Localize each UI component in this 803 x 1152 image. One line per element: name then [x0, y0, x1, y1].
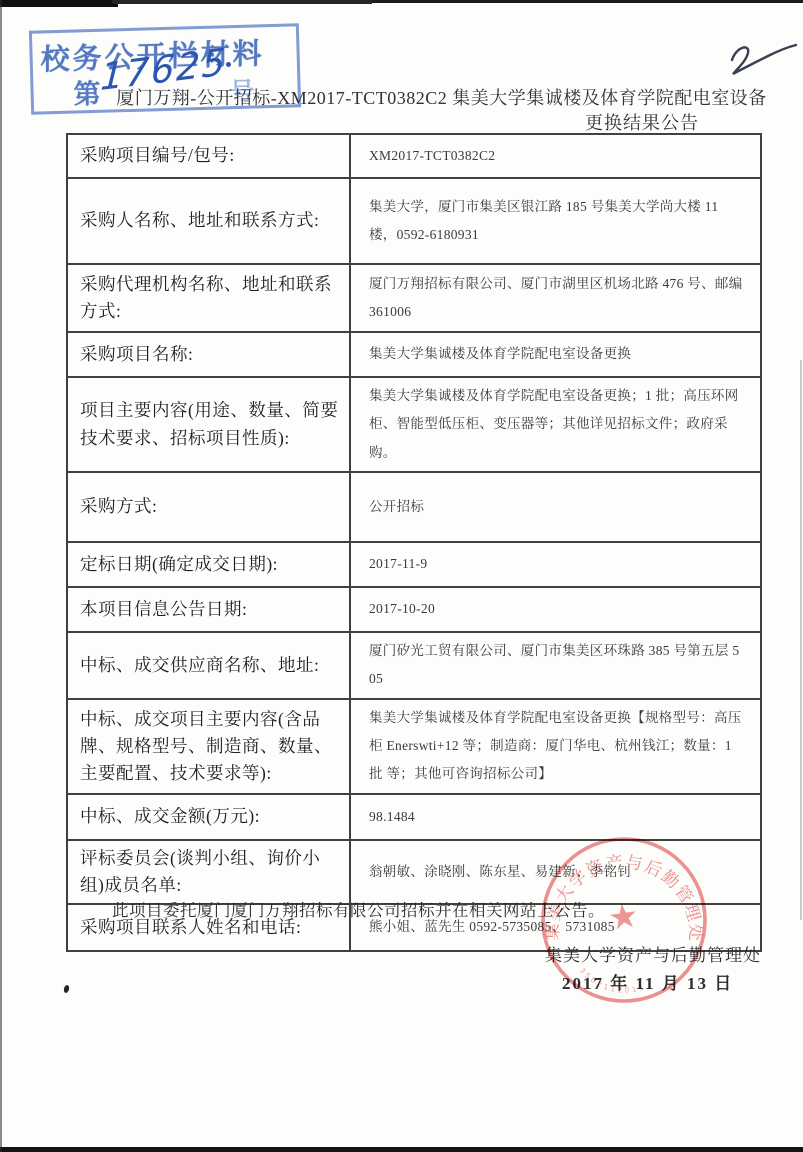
document-subtitle: 更换结果公告: [585, 109, 699, 135]
scanned-page: 校务公开栏材料 第 号 17625 厦门万翔-公开招标-XM2017-TCT03…: [0, 0, 803, 1152]
scan-edge-bottom: [0, 1147, 803, 1152]
seal-star-icon: ★: [606, 897, 641, 938]
table-row: 采购人名称、地址和联系方式: 集美大学，厦门市集美区银江路 185 号集美大学尚…: [67, 178, 761, 264]
row-value: 厦门矽光工贸有限公司、厦门市集美区环珠路 385 号第五层 505: [350, 632, 761, 699]
document-title: 厦门万翔-公开招标-XM2017-TCT0382C2 集美大学集诚楼及体育学院配…: [0, 84, 803, 110]
row-label: 中标、成交供应商名称、地址:: [67, 632, 350, 699]
scan-edge-right: [800, 360, 802, 920]
row-label: 定标日期(确定成交日期):: [67, 542, 350, 587]
row-value: XM2017-TCT0382C2: [350, 134, 761, 178]
row-label: 采购人名称、地址和联系方式:: [67, 178, 350, 264]
row-label: 评标委员会(谈判小组、询价小组)成员名单:: [67, 840, 350, 904]
row-label: 中标、成交金额(万元):: [67, 794, 350, 840]
handwritten-mark-2: [722, 40, 800, 88]
row-label: 采购项目编号/包号:: [67, 134, 350, 178]
row-value: 集美大学，厦门市集美区银江路 185 号集美大学尚大楼 11 楼，0592-61…: [350, 178, 761, 264]
row-value: 集美大学集诚楼及体育学院配电室设备更换；1 批；高压环网柜、智能型低压柜、变压器…: [350, 377, 761, 472]
row-value: 集美大学集诚楼及体育学院配电室设备更换【规格型号：高压柜 Enerswti+12…: [350, 699, 761, 794]
row-label: 本项目信息公告日期:: [67, 587, 350, 632]
row-value: 集美大学集诚楼及体育学院配电室设备更换: [350, 332, 761, 377]
row-label: 采购方式:: [67, 472, 350, 542]
table-row: 项目主要内容(用途、数量、简要技术要求、招标项目性质): 集美大学集诚楼及体育学…: [67, 377, 761, 472]
table-row: 本项目信息公告日期: 2017-10-20: [67, 587, 761, 632]
scan-edge-top-left-blob: [0, 0, 118, 7]
row-value: 公开招标: [350, 472, 761, 542]
table-row: 定标日期(确定成交日期): 2017-11-9: [67, 542, 761, 587]
row-label: 中标、成交项目主要内容(含品牌、规格型号、制造商、数量、主要配置、技术要求等):: [67, 699, 350, 794]
announcement-table: 采购项目编号/包号: XM2017-TCT0382C2 采购人名称、地址和联系方…: [66, 133, 762, 952]
row-value: 2017-10-20: [350, 587, 761, 632]
row-label: 采购代理机构名称、地址和联系方式:: [67, 264, 350, 332]
seal-serial: 3502112011: [578, 967, 648, 995]
row-value: 厦门万翔招标有限公司、厦门市湖里区机场北路 476 号、邮编 361006: [350, 264, 761, 332]
row-label: 采购项目名称:: [67, 332, 350, 377]
svg-text:3502112011: 3502112011: [578, 967, 648, 995]
official-seal: 集美大学资产与后勤管理处 ★ 3502112011: [536, 832, 712, 1008]
table-row: 中标、成交项目主要内容(含品牌、规格型号、制造商、数量、主要配置、技术要求等):…: [67, 699, 761, 794]
table-row: 采购方式: 公开招标: [67, 472, 761, 542]
table-row: 采购代理机构名称、地址和联系方式: 厦门万翔招标有限公司、厦门市湖里区机场北路 …: [67, 264, 761, 332]
row-value: 2017-11-9: [350, 542, 761, 587]
ink-dot-small: [226, 62, 231, 67]
scan-edge-left: [0, 0, 2, 1152]
footer-note: 此项目委托厦门厦门万翔招标有限公司招标并在相关网站上公告。: [112, 897, 605, 921]
ink-dot: [63, 984, 70, 993]
row-label: 项目主要内容(用途、数量、简要技术要求、招标项目性质):: [67, 377, 350, 472]
table-row: 采购项目名称: 集美大学集诚楼及体育学院配电室设备更换: [67, 332, 761, 377]
scan-edge-top-strip: [112, 0, 372, 4]
table-row: 中标、成交供应商名称、地址: 厦门矽光工贸有限公司、厦门市集美区环珠路 385 …: [67, 632, 761, 699]
table-row: 采购项目编号/包号: XM2017-TCT0382C2: [67, 134, 761, 178]
